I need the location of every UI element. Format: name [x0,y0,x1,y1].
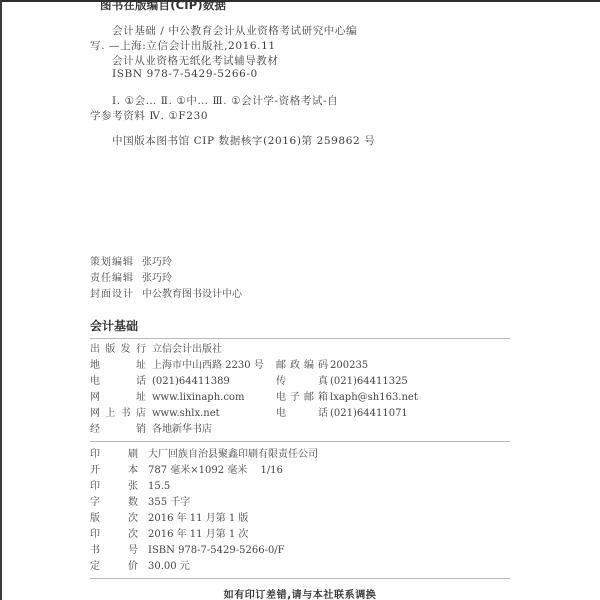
printing-value: 2016 年 11 月第 1 次 [148,528,248,542]
editor-value: 张巧玲 [142,272,172,286]
publisher-right-label: 传真 [276,375,328,389]
footer-notice: 如有印订差错,请与本社联系调换 [0,586,600,600]
publisher-right-value: (021)64411325 [330,375,408,389]
page-border-left [0,0,2,600]
publisher-right-label: 邮政编码 [276,359,328,373]
cip-line-classification-cont: 学参考资料 Ⅳ. ①F230 [90,108,208,123]
publisher-right-value: 200235 [330,359,368,373]
online-store-link[interactable]: www.shlx.net [152,407,220,421]
printing-label: 定价 [90,560,138,574]
printing-label: 印张 [90,480,138,494]
publisher-row: 经销 各地新华书店 [90,423,146,437]
editor-row-cover-design: 封面设计中公教育图书设计中心 [90,288,242,302]
printing-label: 书号 [90,544,138,558]
editor-value: 张巧玲 [142,256,172,270]
printing-row: 定价30.00 元 [90,560,190,574]
printing-row: 印刷大厂回族自治县聚鑫印刷有限责任公司 [90,448,318,462]
printing-value: 15.5 [148,480,170,494]
book-title: 会计基础 [90,317,138,334]
editor-value: 中公教育图书设计中心 [142,288,242,302]
printing-value: 30.00 元 [148,560,190,574]
editor-label: 责任编辑 [90,272,142,286]
publisher-label: 地址 [90,359,146,373]
publisher-value: (021)64411389 [152,375,230,389]
cip-line-record-number: 中国版本图书馆 CIP 数据核字(2016)第 259862 号 [112,133,375,148]
publisher-label: 电话 [90,375,146,389]
cip-line-isbn: ISBN 978-7-5429-5266-0 [112,68,258,80]
publisher-website-link[interactable]: www.lixinaph.com [152,391,244,405]
printing-row: 书号ISBN 978-7-5429-5266-0/F [90,544,285,558]
publisher-row: 网上书店 www.shlx.net 电话 (021)64411071 [90,407,510,421]
printing-value: 787 毫米×1092 毫米 1/16 [148,464,283,478]
printing-value: 大厂回族自治县聚鑫印刷有限责任公司 [148,448,318,462]
printing-label: 印次 [90,528,138,542]
printing-value: 355 千字 [148,496,190,510]
editor-label: 策划编辑 [90,256,142,270]
printing-label: 版次 [90,512,138,526]
publisher-label: 网上书店 [90,407,146,421]
printing-row: 开本787 毫米×1092 毫米 1/16 [90,464,283,478]
printing-label: 开本 [90,464,138,478]
cip-line-publisher: 写. —上海:立信会计出版社,2016.11 [90,38,276,53]
publisher-label: 网址 [90,391,146,405]
printing-row: 印次2016 年 11 月第 1 次 [90,528,248,542]
cip-line-title: 会计基础 / 中公教育会计从业资格考试研究中心编 [112,23,357,38]
printing-value: ISBN 978-7-5429-5266-0/F [148,544,285,558]
publisher-right-label: 电子邮箱 [276,391,328,405]
cip-header: 图书在版编目(CIP)数据 [100,0,226,13]
divider [90,578,510,579]
printing-label: 印刷 [90,448,138,462]
editor-row-responsible: 责任编辑张巧玲 [90,272,172,286]
printing-row: 字数355 千字 [90,496,190,510]
publisher-row: 网址 www.lixinaph.com 电子邮箱 lxaph@sh163.net [90,391,510,405]
printing-value: 2016 年 11 月第 1 版 [148,512,248,526]
divider [90,441,510,442]
printing-label: 字数 [90,496,138,510]
editor-label: 封面设计 [90,288,142,302]
publisher-right-label: 电话 [276,407,328,421]
publisher-right-value: (021)64411071 [330,407,408,421]
page-border-top [0,0,600,2]
editor-row-planning: 策划编辑张巧玲 [90,256,172,270]
cip-line-series: 会计从业资格无纸化考试辅导教材 [112,53,279,68]
publisher-value: 上海市中山西路 2230 号 [152,359,264,373]
publisher-email-link[interactable]: lxaph@sh163.net [330,391,418,405]
publisher-value: 各地新华书店 [152,423,212,437]
publisher-row: 出版发行 立信会计出版社 [90,343,146,357]
publisher-value: 立信会计出版社 [152,343,222,357]
cip-line-classification: Ⅰ. ①会… Ⅱ. ①中… Ⅲ. ①会计学-资格考试-自 [112,93,338,108]
publisher-label: 经销 [90,423,146,437]
publisher-row: 地址 上海市中山西路 2230 号 邮政编码 200235 [90,359,510,373]
printing-row: 印张15.5 [90,480,170,494]
publisher-label: 出版发行 [90,343,146,357]
divider [90,338,510,339]
printing-row: 版次2016 年 11 月第 1 版 [90,512,248,526]
publisher-row: 电话 (021)64411389 传真 (021)64411325 [90,375,510,389]
